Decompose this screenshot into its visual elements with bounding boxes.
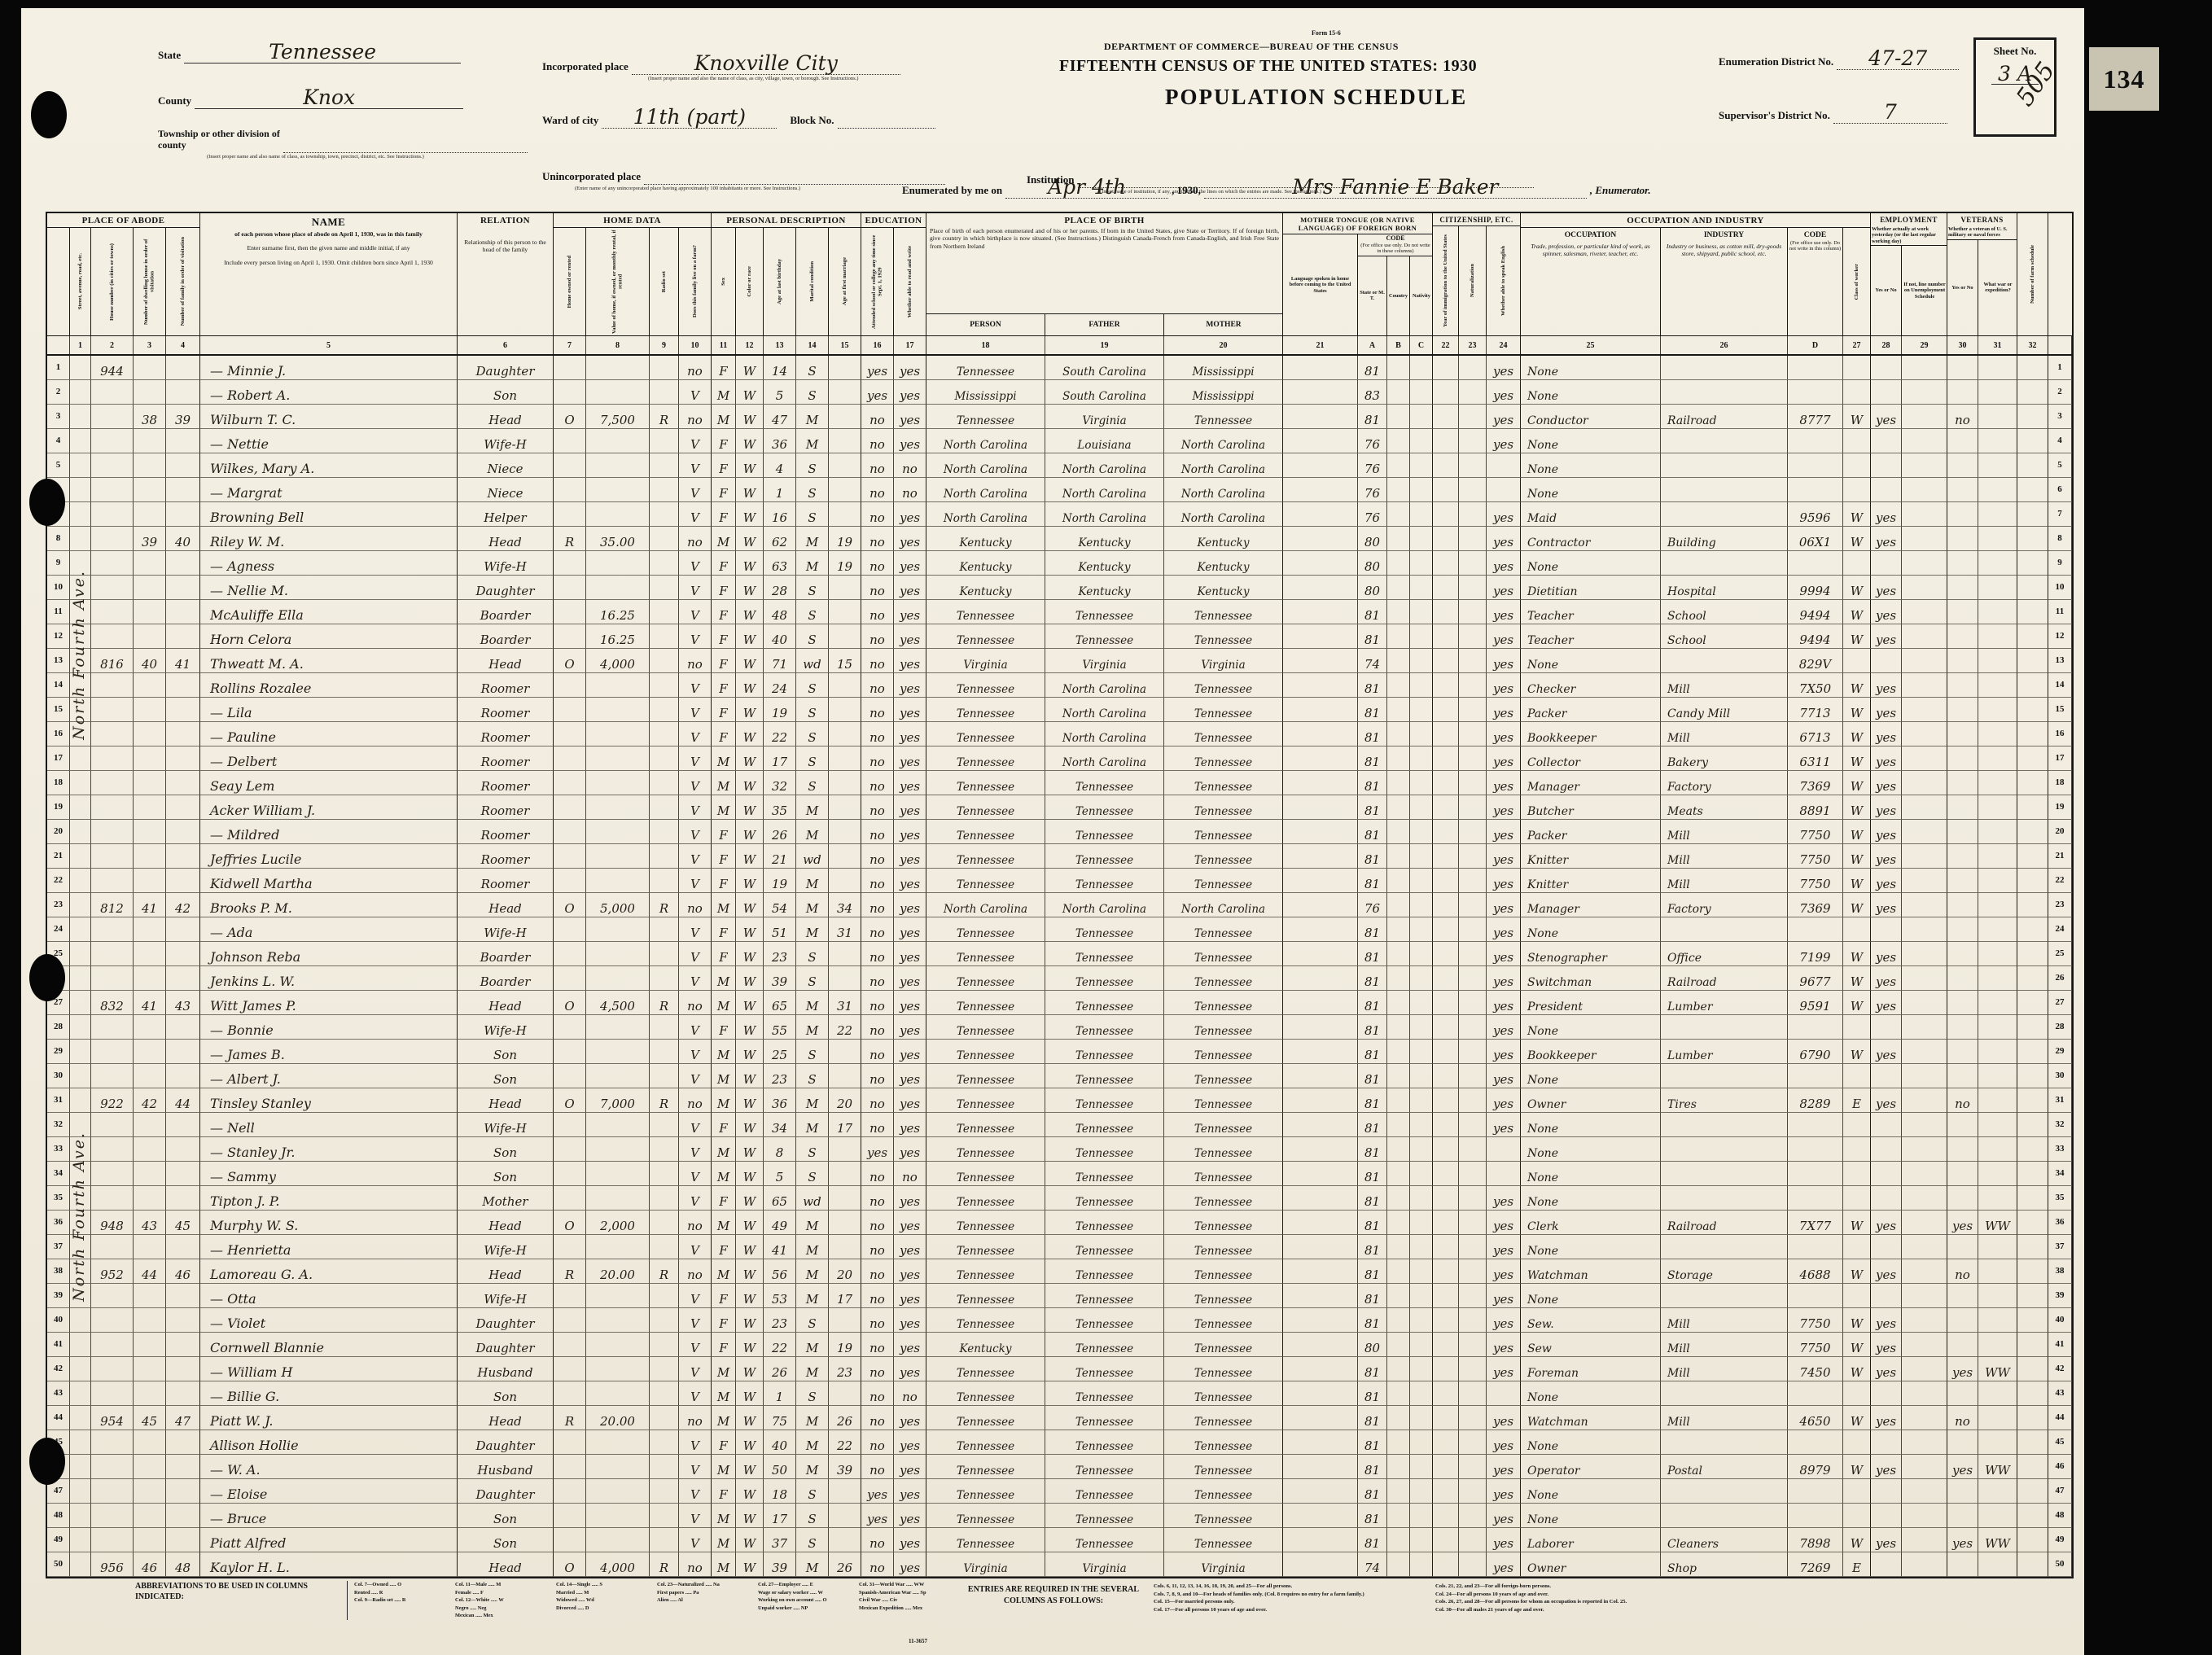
cell-name: — Eloise (200, 1479, 458, 1504)
col30-label: Yes or No (1951, 284, 1973, 291)
cell-fam (166, 1284, 200, 1308)
cell-sex: M (712, 966, 736, 991)
cell-blank (2017, 502, 2048, 527)
cell-cls: W (1843, 527, 1871, 551)
cell-blank (1410, 722, 1433, 747)
cell-vet (1947, 966, 1978, 991)
cell-blank (1387, 405, 1410, 429)
cell-blank (2017, 527, 2048, 551)
cell-dw (134, 356, 166, 380)
line-number-header (2048, 213, 2072, 335)
cell-A: 76 (1358, 429, 1387, 453)
cell-blank (70, 356, 91, 380)
cell-name: — Lila (200, 698, 458, 722)
cell-occ: Clerk (1521, 1211, 1661, 1235)
cell-blank (1459, 1162, 1487, 1186)
cell-blank (1283, 1064, 1358, 1088)
cell-sex: F (712, 429, 736, 453)
cell-ind: Railroad (1661, 966, 1788, 991)
col1-label: Street, avenue, road, etc. (77, 253, 83, 309)
cell-sex: F (712, 576, 736, 600)
cell-dw (134, 844, 166, 869)
cell-w: yes (1871, 795, 1902, 820)
cell-radio (650, 673, 679, 698)
enumerated-year: , 1930, (1172, 184, 1201, 196)
cell-dw (134, 1235, 166, 1259)
cell-val: 16.25 (586, 624, 650, 649)
cell-farm: V (679, 966, 712, 991)
cell-radio (650, 1308, 679, 1333)
cell-radio (650, 1015, 679, 1040)
col16-label: Attended school or college any time sinc… (871, 230, 883, 334)
cell-blank (2017, 991, 2048, 1015)
cell-val (586, 1357, 650, 1381)
cell-blank (1387, 747, 1410, 771)
cell-w (1871, 1186, 1902, 1211)
cell-own: O (554, 1211, 586, 1235)
cell-D: 829V (1788, 649, 1843, 673)
cell-pob: North Carolina (926, 478, 1045, 502)
cell-fam (166, 576, 200, 600)
cell-sex: M (712, 795, 736, 820)
cell-eng: yes (1487, 1113, 1521, 1137)
cell-age: 75 (764, 1406, 796, 1430)
colC-label: Nativity (1412, 292, 1431, 300)
cell-blank (1902, 722, 1947, 747)
cell-ind: Office (1661, 942, 1788, 966)
cell-age: 65 (764, 1186, 796, 1211)
cell-agem: 31 (829, 917, 861, 942)
cell-vet (1947, 600, 1978, 624)
cell-house (91, 453, 134, 478)
cell-eng: yes (1487, 1040, 1521, 1064)
cell-val (586, 1455, 650, 1479)
cell-ind: Cleaners (1661, 1528, 1788, 1552)
abbreviation-line: First papers ..... Pa (657, 1589, 753, 1597)
cell-war (1978, 624, 2017, 649)
cell-blank (1902, 624, 1947, 649)
cell-blank (2017, 624, 2048, 649)
cell-farm: V (679, 1284, 712, 1308)
cell-own (554, 502, 586, 527)
cell-pob: North Carolina (926, 429, 1045, 453)
column-number-row: 123456789101112131415161718192021ABC2223… (47, 336, 2072, 356)
cell-blank (1902, 649, 1947, 673)
cell-eng: yes (1487, 1235, 1521, 1259)
cell-val (586, 771, 650, 795)
cell-blank (1902, 380, 1947, 405)
cell-radio (650, 1186, 679, 1211)
col19-label: FATHER (1045, 314, 1164, 335)
column-number: 2 (91, 336, 134, 354)
cell-pobm: Tennessee (1164, 1113, 1283, 1137)
cell-agem: 23 (829, 1357, 861, 1381)
cell-w: yes (1871, 502, 1902, 527)
cell-race: W (736, 1308, 764, 1333)
cell-n: 1 (2048, 356, 2072, 380)
cell-blank (1410, 673, 1433, 698)
cell-mar: S (796, 1381, 829, 1406)
cell-n: 49 (47, 1528, 70, 1552)
cell-age: 50 (764, 1455, 796, 1479)
cell-blank (1902, 1015, 1947, 1040)
cell-own (554, 942, 586, 966)
cell-blank (1387, 673, 1410, 698)
cell-cls (1843, 1284, 1871, 1308)
cell-farm: V (679, 1064, 712, 1088)
cell-sex: M (712, 1357, 736, 1381)
cell-own (554, 429, 586, 453)
column-number: 22 (1433, 336, 1459, 354)
cell-A: 80 (1358, 551, 1387, 576)
cell-eng: yes (1487, 722, 1521, 747)
cell-own (554, 1430, 586, 1455)
cell-occ: Packer (1521, 698, 1661, 722)
cell-sex: F (712, 698, 736, 722)
cell-dw (134, 1528, 166, 1552)
cell-agem (829, 502, 861, 527)
cell-mar: M (796, 1552, 829, 1577)
cell-sch: no (861, 453, 894, 478)
cell-dw: 39 (134, 527, 166, 551)
cell-house (91, 1528, 134, 1552)
cell-occ: Packer (1521, 820, 1661, 844)
cell-name: Seay Lem (200, 771, 458, 795)
cell-ind (1661, 1015, 1788, 1040)
cell-fam (166, 1235, 200, 1259)
cell-name: Brooks P. M. (200, 893, 458, 917)
cell-n: 40 (2048, 1308, 2072, 1333)
cell-rw: yes (894, 1259, 926, 1284)
cell-race: W (736, 991, 764, 1015)
cell-val (586, 1064, 650, 1088)
cell-blank (1433, 1162, 1459, 1186)
cell-mar: S (796, 1040, 829, 1064)
group-mother-tongue: MOTHER TONGUE (OR NATIVE LANGUAGE) OF FO… (1283, 213, 1433, 335)
cell-blank (1902, 698, 1947, 722)
cell-D: 4650 (1788, 1406, 1843, 1430)
cell-blank (1433, 649, 1459, 673)
cell-house (91, 1504, 134, 1528)
cell-blank (2017, 1504, 2048, 1528)
cell-sex: M (712, 1528, 736, 1552)
table-row: 14Rollins RozaleeRoomerVFW24SnoyesTennes… (47, 673, 2072, 698)
cell-blank (1387, 1528, 1410, 1552)
cell-cls (1843, 917, 1871, 942)
cell-occ: Maid (1521, 502, 1661, 527)
cell-own (554, 1064, 586, 1088)
cell-val: 35.00 (586, 527, 650, 551)
cell-pobf: Tennessee (1045, 1235, 1164, 1259)
cell-race: W (736, 1137, 764, 1162)
cell-pobf: Kentucky (1045, 527, 1164, 551)
abbreviation-line: Col. 7—Owned ..... O (354, 1581, 450, 1589)
cell-blank (1283, 1113, 1358, 1137)
cell-D: 9677 (1788, 966, 1843, 991)
cell-eng: yes (1487, 673, 1521, 698)
cell-dw (134, 1504, 166, 1528)
cell-name: Jeffries Lucile (200, 844, 458, 869)
cell-ind (1661, 453, 1788, 478)
cell-mar: M (796, 795, 829, 820)
cell-own: R (554, 527, 586, 551)
cell-pobf: Tennessee (1045, 1357, 1164, 1381)
cell-w (1871, 380, 1902, 405)
col29-label: If not, line number on Unemployment Sche… (1902, 281, 1947, 300)
entries-note: Cols. 26, 27, and 28—For all persons for… (1435, 1598, 1704, 1606)
cell-blank (1459, 1015, 1487, 1040)
cell-blank (70, 844, 91, 869)
cell-name: Tinsley Stanley (200, 1088, 458, 1113)
cell-house: 922 (91, 1088, 134, 1113)
cell-mar: M (796, 551, 829, 576)
cell-war (1978, 1308, 2017, 1333)
table-row: 30— Albert J.SonVMW23SnoyesTennesseeTenn… (47, 1064, 2072, 1088)
cell-war (1978, 917, 2017, 942)
cell-farm: V (679, 502, 712, 527)
cell-occ: Switchman (1521, 966, 1661, 991)
cell-w (1871, 1113, 1902, 1137)
cell-agem: 17 (829, 1113, 861, 1137)
cell-sch: no (861, 991, 894, 1015)
cell-blank (1459, 1455, 1487, 1479)
cell-rel: Son (458, 1528, 554, 1552)
cell-pobm: North Carolina (1164, 478, 1283, 502)
entries-notes-left: Cols. 6, 11, 12, 13, 14, 16, 18, 19, 20,… (1147, 1581, 1429, 1613)
cell-rw: yes (894, 551, 926, 576)
cell-fam (166, 478, 200, 502)
cell-D: 7X77 (1788, 1211, 1843, 1235)
cell-war (1978, 698, 2017, 722)
cell-dw: 41 (134, 991, 166, 1015)
cell-pob: Tennessee (926, 1504, 1045, 1528)
cell-eng (1487, 478, 1521, 502)
cell-dw (134, 1430, 166, 1455)
cell-rel: Daughter (458, 1308, 554, 1333)
cell-rw: yes (894, 795, 926, 820)
cell-sex: M (712, 380, 736, 405)
cell-age: 22 (764, 722, 796, 747)
cell-blank (1902, 771, 1947, 795)
cell-blank (2017, 1455, 2048, 1479)
cell-eng: yes (1487, 600, 1521, 624)
cell-blank (2017, 722, 2048, 747)
cell-eng (1487, 1162, 1521, 1186)
cell-agem (829, 429, 861, 453)
cell-own (554, 1528, 586, 1552)
cell-pob: Tennessee (926, 1381, 1045, 1406)
abbreviation-line: Widowed ..... Wd (556, 1596, 652, 1605)
cell-blank (1459, 1211, 1487, 1235)
cell-vet (1947, 820, 1978, 844)
cell-age: 1 (764, 478, 796, 502)
cell-vet (1947, 771, 1978, 795)
cell-cls: W (1843, 771, 1871, 795)
group-personal-description: PERSONAL DESCRIPTION Sex Color or race A… (712, 213, 861, 335)
cell-dw (134, 1357, 166, 1381)
cell-cls: W (1843, 966, 1871, 991)
group-occupation-industry: OCCUPATION AND INDUSTRY OCCUPATION Trade… (1521, 213, 1871, 335)
cell-rw: yes (894, 1552, 926, 1577)
col26-label: INDUSTRY (1704, 231, 1744, 239)
cell-blank (1387, 1308, 1410, 1333)
cell-war (1978, 453, 2017, 478)
cell-name: — Bruce (200, 1504, 458, 1528)
cell-D: 7269 (1788, 1552, 1843, 1577)
cell-blank (1433, 1430, 1459, 1455)
cell-war (1978, 1040, 2017, 1064)
cell-mar: M (796, 1088, 829, 1113)
cell-mar: M (796, 991, 829, 1015)
cell-rel: Head (458, 991, 554, 1015)
cell-mar: S (796, 1528, 829, 1552)
cell-agem (829, 1528, 861, 1552)
cell-pobf: Tennessee (1045, 1211, 1164, 1235)
cell-sex: F (712, 942, 736, 966)
cell-rw: yes (894, 893, 926, 917)
cell-blank (1433, 1333, 1459, 1357)
cell-blank (1902, 502, 1947, 527)
cell-name: Allison Hollie (200, 1430, 458, 1455)
cell-dw (134, 551, 166, 576)
cell-sex: F (712, 673, 736, 698)
cell-house (91, 1381, 134, 1406)
cell-pobm: Tennessee (1164, 1528, 1283, 1552)
cell-blank (1410, 429, 1433, 453)
cell-val (586, 1113, 650, 1137)
cell-own (554, 478, 586, 502)
cell-val: 7,500 (586, 405, 650, 429)
cell-blank (1283, 747, 1358, 771)
cell-A: 81 (1358, 1040, 1387, 1064)
cell-fam: 43 (166, 991, 200, 1015)
column-number: 28 (1871, 336, 1902, 354)
cell-A: 80 (1358, 527, 1387, 551)
cell-cls (1843, 380, 1871, 405)
cell-pobf: Tennessee (1045, 1479, 1164, 1504)
col25-label: OCCUPATION (1565, 231, 1617, 239)
cell-pobf: Tennessee (1045, 844, 1164, 869)
cell-val (586, 1528, 650, 1552)
cell-occ: None (1521, 1015, 1661, 1040)
cell-vet: no (1947, 1406, 1978, 1430)
cell-own: O (554, 1552, 586, 1577)
cell-rw: yes (894, 624, 926, 649)
cell-house (91, 844, 134, 869)
cell-radio (650, 1284, 679, 1308)
table-row: 2— Robert A.SonVMW5SyesyesMississippiSou… (47, 380, 2072, 405)
cell-radio: R (650, 893, 679, 917)
column-number: 9 (650, 336, 679, 354)
cell-val (586, 380, 650, 405)
cell-agem (829, 722, 861, 747)
cell-eng: yes (1487, 1308, 1521, 1333)
cell-rel: Wife-H (458, 1235, 554, 1259)
cell-val (586, 722, 650, 747)
cell-blank (2017, 820, 2048, 844)
cell-name: — Violet (200, 1308, 458, 1333)
cell-vet (1947, 453, 1978, 478)
cell-val (586, 942, 650, 966)
cell-ind (1661, 1284, 1788, 1308)
cell-eng: yes (1487, 1479, 1521, 1504)
cell-val: 4,000 (586, 649, 650, 673)
cell-fam (166, 1455, 200, 1479)
cell-D: 7750 (1788, 869, 1843, 893)
cell-race: W (736, 1064, 764, 1088)
cell-w (1871, 1381, 1902, 1406)
cell-blank (1410, 1430, 1433, 1455)
cell-pobf: Virginia (1045, 649, 1164, 673)
cell-ind: Mill (1661, 1333, 1788, 1357)
cell-own (554, 1455, 586, 1479)
cell-blank (1410, 991, 1433, 1015)
column-number: B (1387, 336, 1410, 354)
cell-dw: 38 (134, 405, 166, 429)
column-number: 29 (1902, 336, 1947, 354)
cell-dw (134, 1064, 166, 1088)
cell-dw (134, 917, 166, 942)
cell-mar: M (796, 1113, 829, 1137)
cell-A: 81 (1358, 795, 1387, 820)
cell-radio (650, 1040, 679, 1064)
cell-rel: Wife-H (458, 551, 554, 576)
cell-farm: V (679, 1015, 712, 1040)
incorporated-value: Knoxville City (694, 51, 838, 75)
cell-radio (650, 356, 679, 380)
cell-blank (1433, 1137, 1459, 1162)
cell-fam: 41 (166, 649, 200, 673)
cell-fam (166, 869, 200, 893)
cell-blank (2017, 478, 2048, 502)
group-citizenship: CITIZENSHIP, ETC. Year of immigration to… (1433, 213, 1521, 335)
cell-sex: F (712, 624, 736, 649)
column-number: 7 (554, 336, 586, 354)
cell-house (91, 1186, 134, 1211)
cell-blank (1433, 673, 1459, 698)
cell-w: yes (1871, 1333, 1902, 1357)
cell-blank (1902, 429, 1947, 453)
cell-blank (1387, 649, 1410, 673)
cell-blank (1410, 771, 1433, 795)
table-row: 42— William HHusbandVMW26M23noyesTenness… (47, 1357, 2072, 1381)
cell-cls: W (1843, 1357, 1871, 1381)
cell-fam (166, 1333, 200, 1357)
entries-note: Col. 17—For all persons 10 years of age … (1154, 1606, 1422, 1614)
cell-radio (650, 1333, 679, 1357)
cell-blank (1902, 1357, 1947, 1381)
cell-race: W (736, 551, 764, 576)
schedule-paper: State Tennessee County Knox Township or … (21, 8, 2084, 1655)
cell-war: WW (1978, 1455, 2017, 1479)
cell-house: 812 (91, 893, 134, 917)
cell-blank (1902, 844, 1947, 869)
cell-blank (1410, 893, 1433, 917)
cell-rel: Son (458, 1137, 554, 1162)
township-note: (Insert proper name and also name of cla… (207, 154, 532, 160)
cell-house (91, 869, 134, 893)
cell-n: 7 (2048, 502, 2072, 527)
cell-w: yes (1871, 698, 1902, 722)
cell-house (91, 795, 134, 820)
cell-pob: Tennessee (926, 1308, 1045, 1333)
cell-own: R (554, 1406, 586, 1430)
cell-sch: no (861, 600, 894, 624)
cell-house (91, 576, 134, 600)
column-number: 13 (764, 336, 796, 354)
cell-A: 81 (1358, 1504, 1387, 1528)
cell-fam: 39 (166, 405, 200, 429)
